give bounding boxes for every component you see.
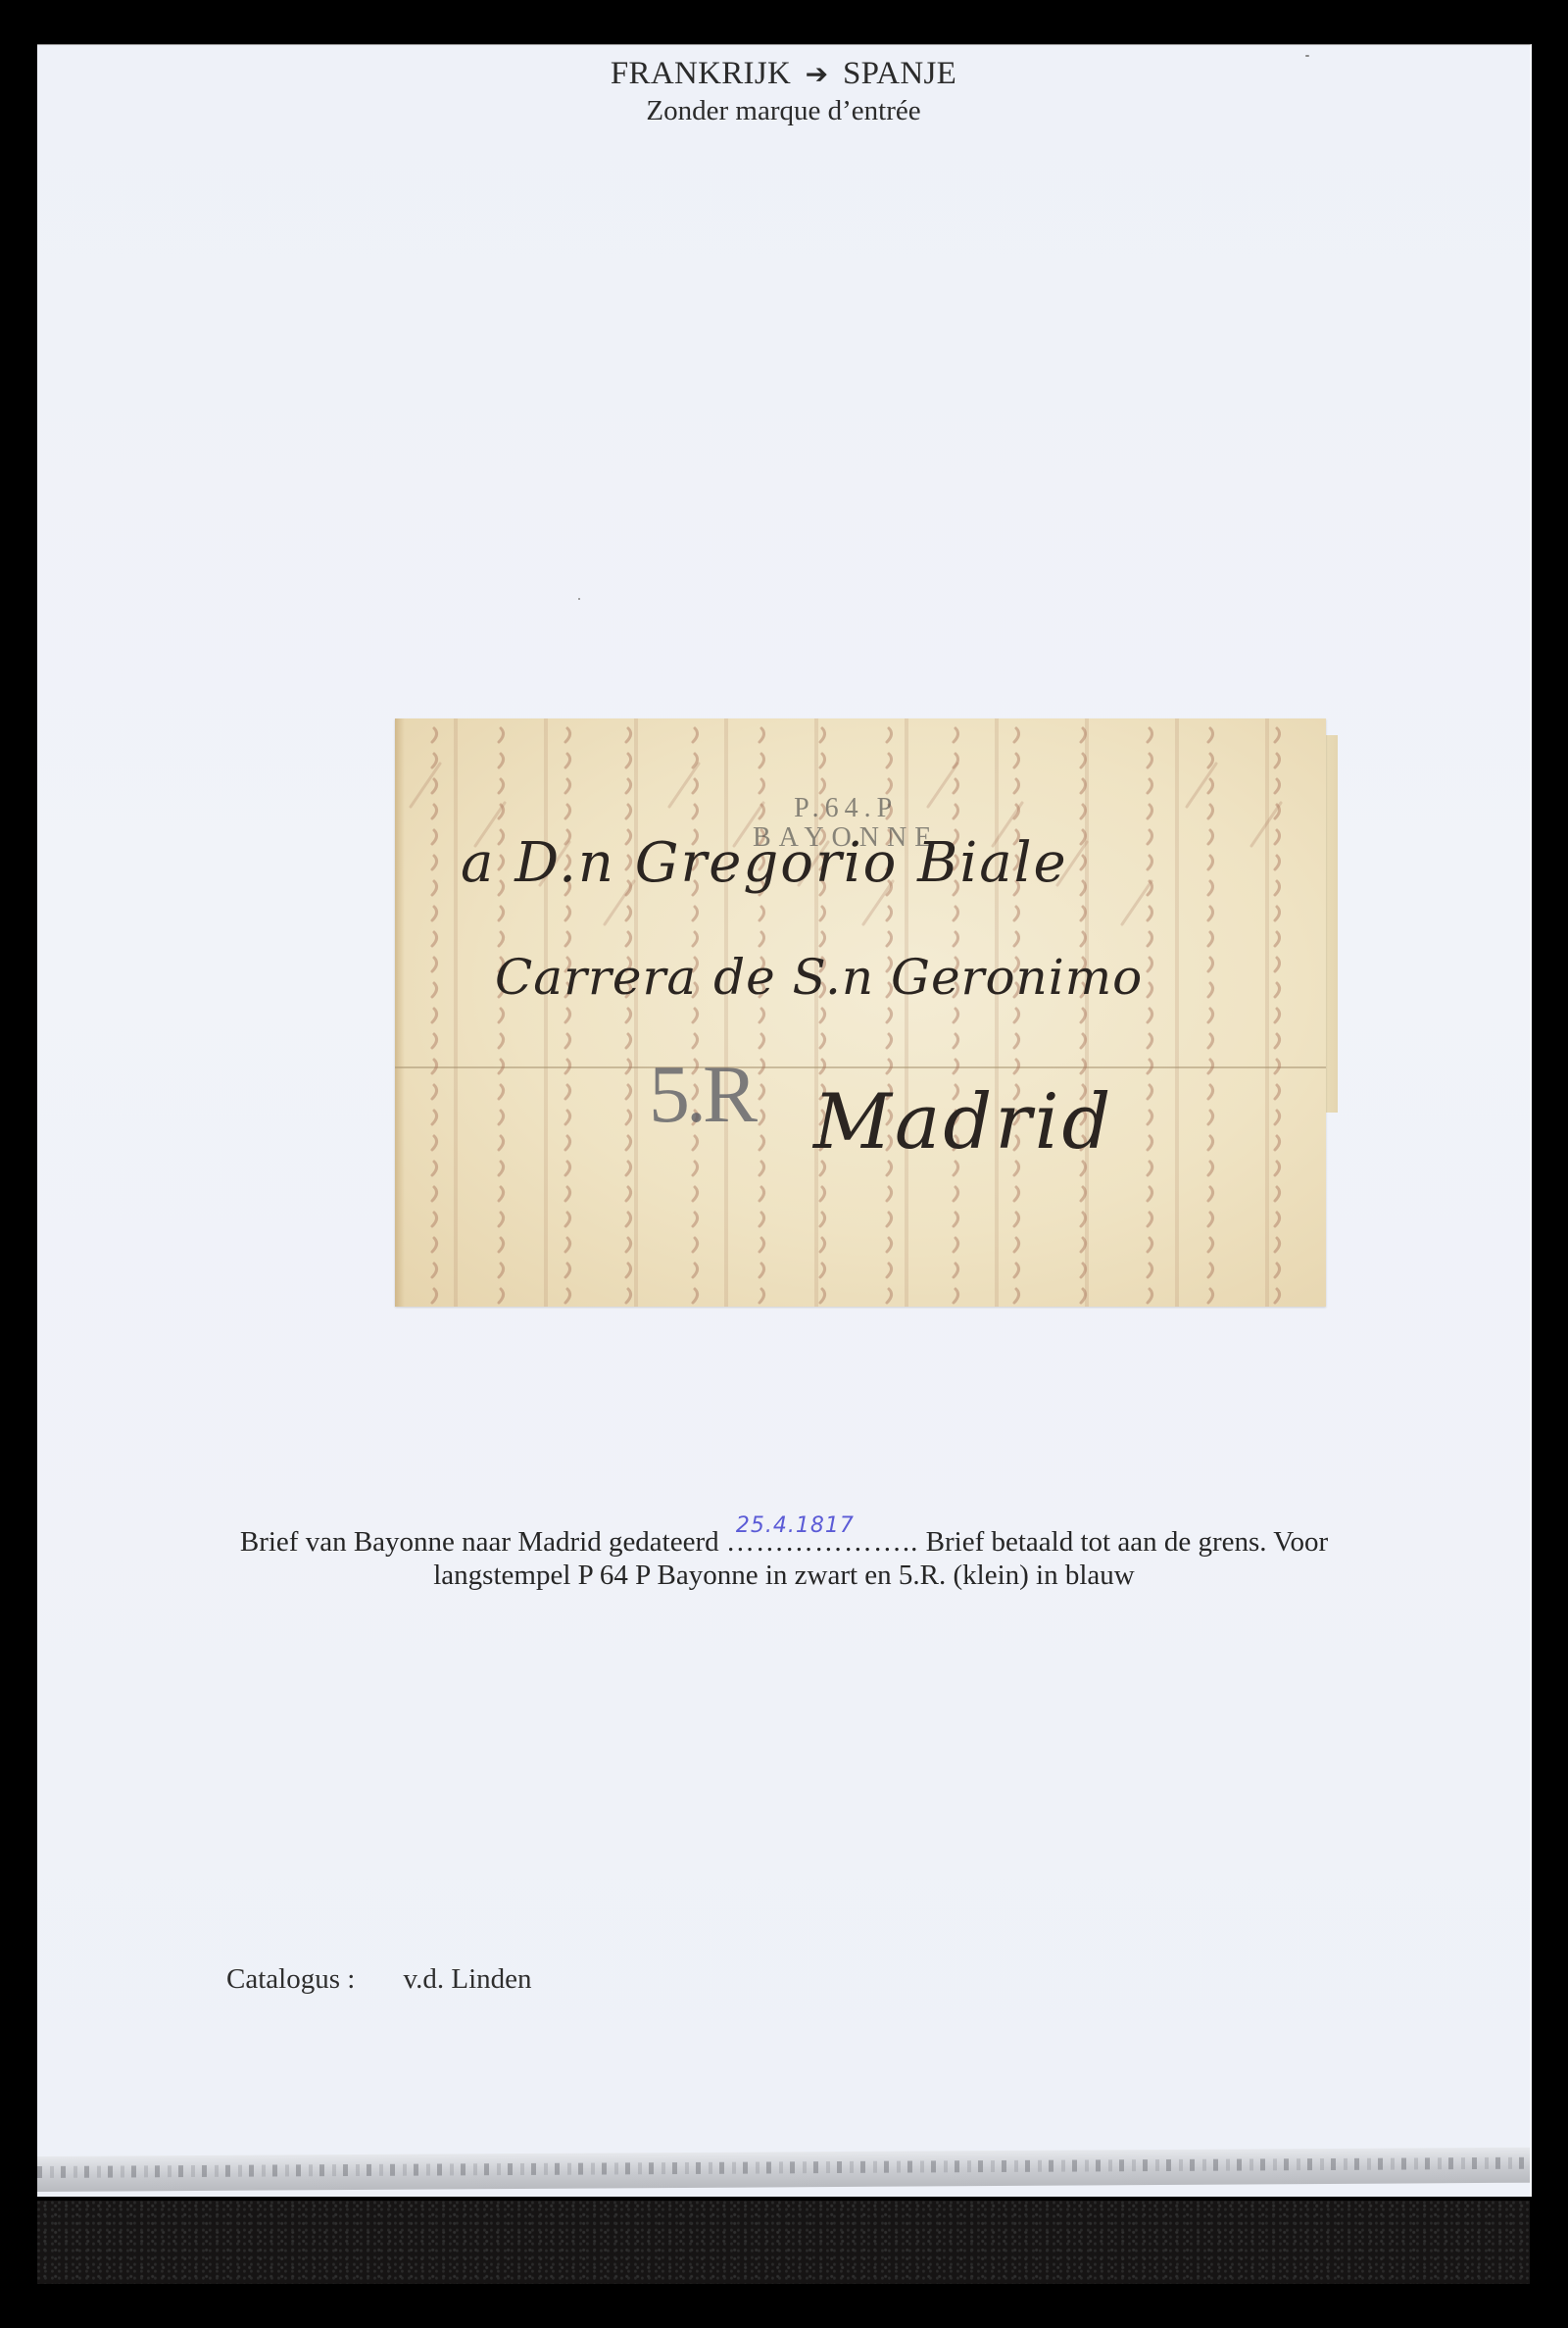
address-line-street: Carrera de S.n Geronimo <box>495 949 1143 1006</box>
title-destination: SPANJE <box>843 56 956 91</box>
page-subtitle: Zonder marque d’entrée <box>37 94 1530 127</box>
handwritten-date: 25.4.1817 <box>736 1510 855 1543</box>
letter-description: Brief van Bayonne naar Madrid gedateerd … <box>147 1525 1421 1592</box>
dark-background <box>37 2201 1530 2284</box>
address-line-city: Madrid <box>813 1078 1113 1166</box>
sleeve-perforation <box>37 2157 1530 2178</box>
rate-stamp: 5.R <box>649 1047 754 1142</box>
arrow-right-icon: ➔ <box>806 58 829 90</box>
catalog-value: v.d. Linden <box>404 1963 532 1995</box>
title-origin: FRANKRIJK <box>611 56 791 91</box>
description-line-1: Brief van Bayonne naar Madrid gedateerd … <box>147 1525 1421 1559</box>
description-line-2: langstempel P 64 P Bayonne in zwart en 5… <box>147 1559 1421 1592</box>
catalog-label: Catalogus : <box>226 1963 355 1995</box>
postmark-line-1: P.64.P <box>753 794 939 823</box>
page-title: FRANKRIJK ➔ SPANJE <box>37 54 1530 94</box>
page-speck <box>578 598 580 600</box>
catalog-reference: Catalogus : v.d. Linden <box>226 1963 532 1996</box>
description-text: Brief betaald tot aan de grens. Voor <box>918 1526 1328 1558</box>
description-text: Brief van Bayonne naar Madrid gedateerd <box>240 1526 726 1558</box>
page-header: FRANKRIJK ➔ SPANJE Zonder marque d’entré… <box>37 54 1530 127</box>
address-line-recipient: a D.n Gregorio Biale <box>461 831 1068 895</box>
date-field: ………………..25.4.1817 <box>726 1525 919 1559</box>
